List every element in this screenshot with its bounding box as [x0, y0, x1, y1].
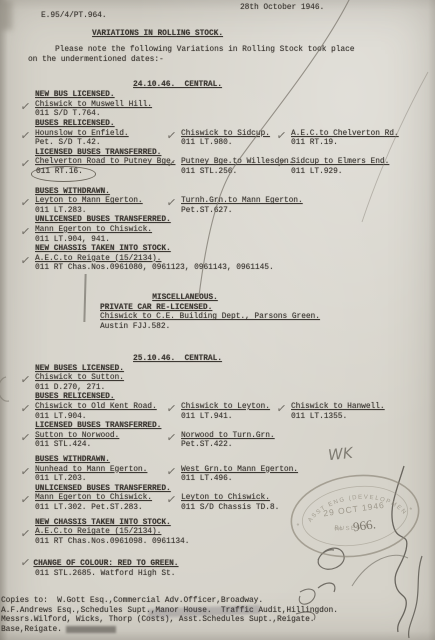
group-new-chassis: NEW CHASSIS TAKEN INTO STOCK. ✓ A.E.C.to… [35, 245, 435, 274]
variation-entry: ✓ Chiswick to Sutton. 011 D.270, 271. [35, 374, 435, 393]
route-text: A.E.C.to Chelverton Rd. [291, 130, 435, 140]
variation-entry: ✓ Leyton to Mann Egerton. 011 LT.283. [35, 197, 181, 216]
copies-line: Copies to: W.Gott Esq.,Commercial Adv.Of… [1, 597, 338, 607]
route-text: Leyton to Mann Egerton. [35, 197, 181, 207]
group-new-bus-licensed: NEW BUS LICENSED. ✓ Chiswick to Muswell … [35, 91, 435, 120]
group-licensed-buses-transferred: LICENSED BUSES TRANSFERRED. ✓ Chelverton… [35, 149, 435, 178]
handwritten-initials: WK [327, 444, 353, 464]
route-text: Chiswick to Muswell Hill. [35, 101, 435, 111]
group-new-buses-licensed: NEW BUSES LICENSED. ✓ Chiswick to Sutton… [35, 365, 435, 394]
variation-entry: ✓ Leyton to Chiswick. 011 S/D Chassis TD… [181, 494, 291, 513]
route-text: Leyton to Chiswick. [181, 494, 291, 504]
group-buses-relicensed: BUSES RELICENSED. ✓ Hounslow to Enfield.… [35, 120, 435, 149]
variation-entry: ✓ Chiswick to Sidcup. 011 LT.980. [181, 130, 291, 149]
stamp-star-left: * [296, 523, 300, 530]
pencil-check-mark: ✓ [19, 196, 31, 212]
pencil-check-mark: ✓ [19, 464, 31, 480]
misc-entry: PRIVATE CAR RE-LICENSED. Chiswick to C.E… [100, 304, 435, 333]
chassis-numbers: 011 RT Chas.Nos.0961080, 0961123, 096114… [35, 264, 435, 274]
intro-line-1: Please note the following Variations in … [35, 46, 435, 56]
route-text: Norwood to Turn.Grn. [181, 432, 291, 442]
route-text: Chiswick to Old Kent Road. [35, 403, 181, 413]
route-text: Chiswick to Sidcup. [181, 130, 291, 140]
variation-entry: ✓ A.E.C.to Chelverton Rd. 011 RT.19. [291, 130, 435, 149]
route-text: Nunhead to Mann Egerton. [35, 466, 181, 476]
document-header: E.95/4/PT.964. 28th October 1946. [35, 4, 435, 14]
group-title: LICENSED BUSES TRANSFERRED. [35, 422, 435, 432]
route-text: Mann Egerton to Chiswick. [35, 226, 435, 236]
variation-entry: ✓ A.E.C.to Reigate (15/2134). 011 RT Cha… [35, 255, 435, 274]
variation-entry: ✓ Sutton to Norwood. 011 STL.424. [35, 432, 181, 451]
variation-entry: ✓ Nunhead to Mann Egerton. 011 LT.203. [35, 466, 181, 485]
fleet-number: 011 LT.496. [181, 475, 291, 485]
section-heading: 24.10.46. CENTRAL. [133, 81, 222, 89]
pencil-check-mark: ✓ [19, 402, 31, 418]
stamp-number: 966. [352, 516, 377, 534]
pencil-check-mark: ✓ [19, 430, 31, 446]
fleet-number: 011 S/D T.764. [35, 110, 435, 120]
section-heading-block: MISCELLANEOUS. [35, 286, 335, 304]
route-text: Chiswick to Hanwell. [291, 403, 435, 413]
fleet-number: 011 STL.424. [35, 441, 181, 451]
route-text: Sidcup to Elmers End. [291, 158, 435, 168]
group-title: NEW CHASSIS TAKEN INTO STOCK. [35, 245, 435, 255]
section-heading: MISCELLANEOUS. [152, 294, 218, 302]
intro-line-2: on the undermentioned dates:- [28, 56, 435, 66]
pencil-check-mark: ✓ [19, 527, 31, 543]
fleet-number: 011 LT.302. Pet.ST.283. [35, 504, 181, 514]
fleet-number: Pet. S/D T.42. [35, 139, 181, 149]
route-text: A.E.C.to Reigate (15/2134). [35, 255, 435, 265]
group-title: NEW BUSES LICENSED. [35, 365, 435, 375]
variation-entry: ✓ Hounslow to Enfield. Pet. S/D T.42. [35, 130, 181, 149]
fleet-number-circled: 011 RT.16. [36, 168, 83, 176]
fleet-number: Pet.ST.422. [181, 441, 291, 451]
copies-line: Messrs.Wilford, Wicks, Thorp (Costs), As… [1, 616, 338, 626]
miscellaneous-section: MISCELLANEOUS. PRIVATE CAR RE-LICENSED. … [35, 286, 435, 333]
pencil-check-mark: ✓ [19, 556, 31, 572]
fleet-number: 011 LT.203. [35, 475, 181, 485]
copies-line: Base,Reigate. [1, 626, 338, 636]
variation-entry: ✓ West Grn.to Mann Egerton. 011 LT.496. [181, 466, 291, 485]
variation-entry: 011 STL.2685. Watford High St. [35, 570, 435, 580]
variation-entry: ✓ Chiswick to Muswell Hill. 011 S/D T.76… [35, 101, 435, 120]
group-title: BUSES RELICENSED. [35, 120, 435, 130]
group-title-text: CHANGE OF COLOUR: RED TO GREEN. [33, 560, 178, 568]
route-text: Chiswick to Sutton. [35, 374, 435, 384]
route-text: Chiswick to C.E. Building Dept., Parsons… [100, 313, 435, 323]
group-title: LICENSED BUSES TRANSFERRED. [35, 149, 435, 159]
route-text: West Grn.to Mann Egerton. [181, 466, 291, 476]
fleet-number: 011 STL.2685. Watford High St. [35, 570, 435, 580]
fleet-number: 011 S/D Chassis TD.8. [181, 504, 291, 514]
section-heading-block: 24.10.46. CENTRAL. [35, 73, 320, 91]
pencil-circle-annotation: 011 RT.16. [31, 166, 96, 182]
variation-entry: ✓ Chiswick to Leyton. 011 LT.941. [181, 403, 291, 422]
group-title: UNLICENSED BUSES TRANSFERRED. [35, 216, 435, 226]
variation-entry: ✓ Sidcup to Elmers End. 011 LT.929. [291, 158, 435, 177]
section-heading: 25.10.46. CENTRAL. [133, 355, 222, 363]
group-title: BUSES RELICENSED. [35, 393, 435, 403]
variation-entry: ✓ Chiswick to Old Kent Road. 011 LT.904. [35, 403, 181, 422]
fleet-number: 011 LT.283. [35, 207, 181, 217]
pencil-check-mark: ✓ [19, 253, 31, 269]
fleet-number: 011 LT.929. [291, 168, 435, 178]
route-text: Putney Bge.to Willesden. [181, 158, 291, 168]
dark-ink-smudge [66, 626, 116, 633]
group-title: BUSES WITHDRAWN. [35, 188, 435, 198]
variation-entry: ✓ Norwood to Turn.Grn. Pet.ST.422. [181, 432, 291, 451]
pencil-check-mark: ✓ [19, 157, 31, 173]
variation-entry: ✓ Mann Egerton to Chiswick. 011 LT.302. … [35, 494, 181, 513]
group-unlicensed-buses-transferred: UNLICENSED BUSES TRANSFERRED. ✓ Mann Ege… [35, 216, 435, 245]
section-heading-block: 25.10.46. CENTRAL. [35, 347, 320, 365]
fleet-number: 011 LT.904, 941. [35, 236, 435, 246]
document-page: E.95/4/PT.964. 28th October 1946. VARIAT… [0, 0, 435, 640]
stamp-number-prefix: No [334, 526, 343, 533]
pencil-check-mark: ✓ [19, 224, 31, 240]
route-text: Hounslow to Enfield. [35, 130, 181, 140]
document-date: 28th October 1946. [240, 4, 324, 14]
received-date-stamp: ASST ENG (DEVELOPMENT) BUSES & 29 OCT 19… [279, 457, 432, 576]
group-title: NEW BUS LICENSED. [35, 91, 435, 101]
route-text: Sutton to Norwood. [35, 432, 181, 442]
variation-entry: ✓ Chelverton Road to Putney Bge. 011 RT.… [35, 158, 181, 177]
group-buses-relicensed: BUSES RELICENSED. ✓ Chiswick to Old Kent… [35, 393, 435, 422]
fleet-number: 011 RT.16. [35, 168, 181, 178]
fleet-number: 011 LT.1355. [291, 413, 435, 423]
fleet-number: 011 LT.904. [35, 413, 181, 423]
fleet-number: 011 RT.19. [291, 139, 435, 149]
variation-entry: ✓ Putney Bge.to Willesden. 011 STL.256. [181, 158, 291, 177]
pencil-check-mark: ✓ [19, 373, 31, 389]
fleet-number: 011 D.270, 271. [35, 384, 435, 394]
pencil-check-mark: ✓ [19, 99, 31, 115]
reference-number: E.95/4/PT.964. [41, 12, 107, 20]
group-buses-withdrawn: BUSES WITHDRAWN. ✓ Leyton to Mann Egerto… [35, 188, 435, 217]
document-title: VARIATIONS IN ROLLING STOCK. [92, 30, 223, 38]
group-licensed-buses-transferred: LICENSED BUSES TRANSFERRED. ✓ Sutton to … [35, 422, 435, 451]
fleet-number: Pet.ST.627. [181, 207, 291, 217]
pencil-check-mark: ✓ [19, 128, 31, 144]
pencil-check-mark: ✓ [19, 493, 31, 509]
route-text: Turnh.Grn.to Mann Egerton. [181, 197, 291, 207]
vehicle-id: Austin FJJ.582. [100, 323, 435, 333]
variation-entry: ✓ Turnh.Grn.to Mann Egerton. Pet.ST.627. [181, 197, 291, 216]
stamp-star-right: * [409, 507, 413, 514]
route-text: Mann Egerton to Chiswick. [35, 494, 181, 504]
route-text: Chiswick to Leyton. [181, 403, 291, 413]
variation-entry: ✓ Chiswick to Hanwell. 011 LT.1355. [291, 403, 435, 422]
variation-entry: ✓ Mann Egerton to Chiswick. 011 LT.904, … [35, 226, 435, 245]
title-block: VARIATIONS IN ROLLING STOCK. [35, 22, 280, 40]
